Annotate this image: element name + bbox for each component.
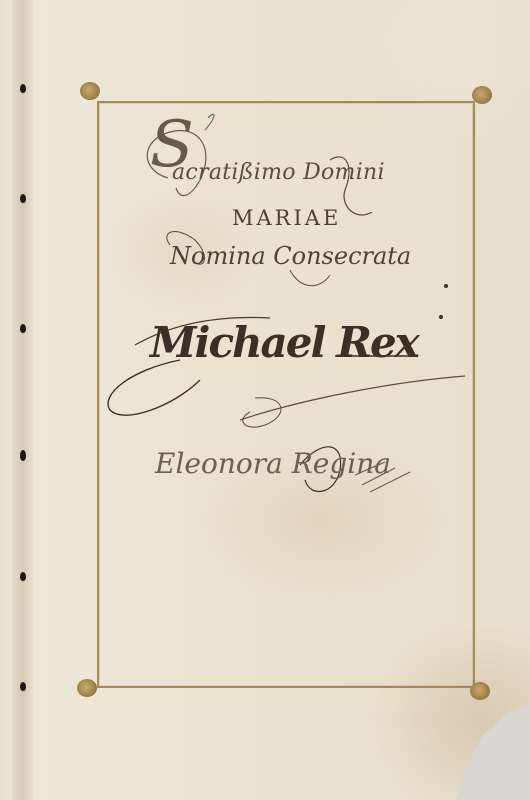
corner-rosette-top-right-icon: [472, 86, 492, 104]
corner-rosette-top-left-icon: [80, 82, 100, 100]
dedication-line-2: MARIAE: [232, 206, 341, 230]
binding-edge: [12, 0, 34, 800]
binding-hole-3: [20, 324, 26, 333]
signature-eleonora-regina: Eleonora Regina: [155, 447, 391, 480]
corner-rosette-bottom-right-icon: [470, 682, 490, 700]
gold-border-frame: [97, 101, 475, 688]
illuminated-initial-s: S: [150, 108, 194, 182]
ink-dot: [444, 284, 448, 288]
ink-dot: [439, 315, 443, 319]
binding-hole-1: [20, 84, 26, 93]
binding-hole-4: [20, 450, 26, 461]
dedication-line-1: S acratißimo Domini: [150, 160, 385, 185]
corner-rosette-bottom-left-icon: [77, 679, 97, 697]
dedication-line-3: Nomina Consecrata: [170, 242, 411, 270]
binding-hole-2: [20, 194, 26, 203]
signature-michael-rex: Michael Rex: [150, 318, 418, 367]
dedication-line-1-text: acratißimo Domini: [172, 160, 385, 185]
binding-hole-5: [20, 572, 26, 581]
binding-hole-6: [20, 682, 26, 691]
